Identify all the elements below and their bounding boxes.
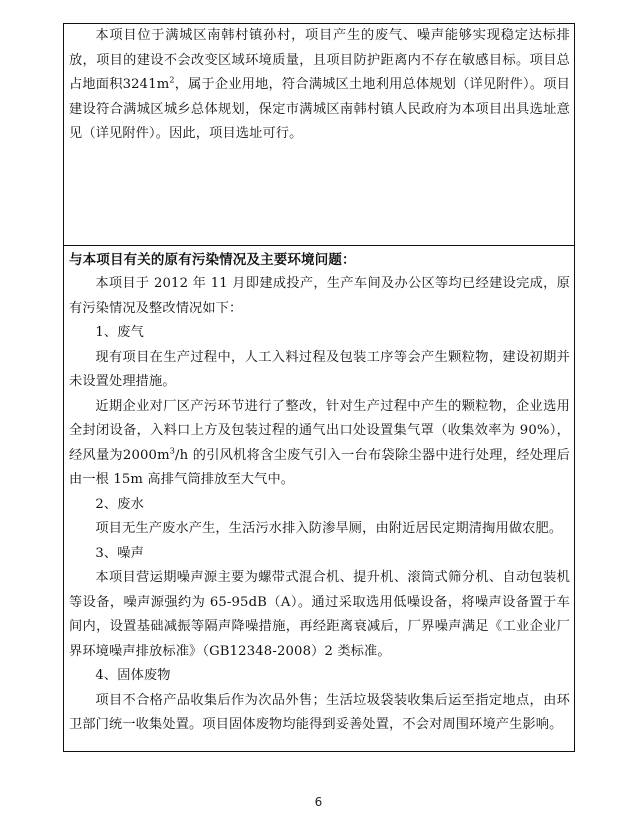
waste-gas-paragraph-2: 近期企业对厂区产污环节进行了整改，针对生产过程中产生的颗粒物，企业选用全封闭设备… <box>69 395 570 493</box>
text-run: 2000m <box>123 448 170 463</box>
site-feasibility-cell: 本项目位于满城区南韩村镇孙村，项目产生的废气、噪声能够实现稳定达标排放，项目的建… <box>64 24 574 246</box>
noise-paragraph: 本项目营运期噪声源主要为螺带式混合机、提升机、滚筒式筛分机、自动包装机等设备，噪… <box>69 566 570 664</box>
section-title: 与本项目有关的原有污染情况及主要环境问题： <box>69 248 570 272</box>
pollution-issues-cell: 与本项目有关的原有污染情况及主要环境问题： 本项目于 2012 年 11 月即建… <box>64 246 574 751</box>
waste-gas-paragraph-1: 现有项目在生产过程中，人工入料过程及包装工序等会产生颗粒物，建设初期并未设置处理… <box>69 346 570 395</box>
text-run: 3241m <box>123 77 170 92</box>
page-number: 6 <box>0 795 637 809</box>
intro-paragraph: 本项目于 2012 年 11 月即建成投产，生产车间及办公区等均已经建设完成，原… <box>69 272 570 321</box>
item-heading-solid-waste: 4、固体废物 <box>69 664 570 689</box>
item-heading-wastewater: 2、废水 <box>69 493 570 518</box>
item-heading-noise: 3、噪声 <box>69 542 570 567</box>
wastewater-paragraph: 项目无生产废水产生，生活污水排入防渗旱厕，由附近居民定期清掏用做农肥。 <box>69 517 570 542</box>
item-heading-waste-gas: 1、废气 <box>69 321 570 346</box>
solid-waste-paragraph: 项目不合格产品收集后作为次品外售；生活垃圾袋装收集后运至指定地点，由环卫部门统一… <box>69 689 570 738</box>
site-feasibility-paragraph: 本项目位于满城区南韩村镇孙村，项目产生的废气、噪声能够实现稳定达标排放，项目的建… <box>69 24 570 147</box>
document-table: 本项目位于满城区南韩村镇孙村，项目产生的废气、噪声能够实现稳定达标排放，项目的建… <box>63 23 575 752</box>
